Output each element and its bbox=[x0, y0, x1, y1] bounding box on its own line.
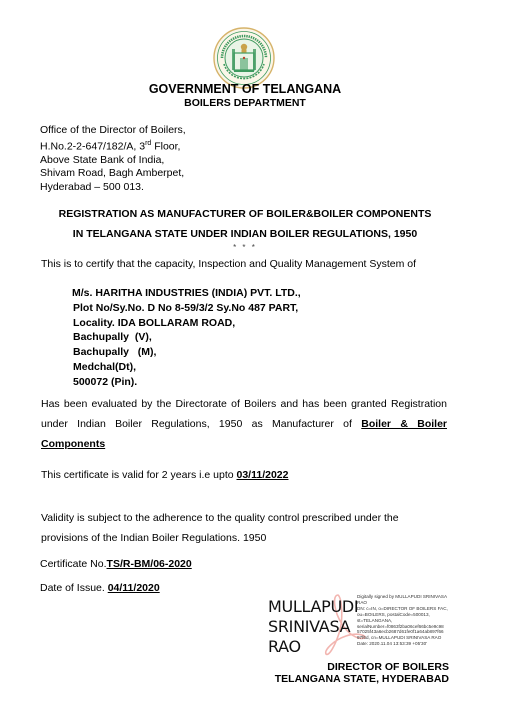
certificate-number: Certificate No.TS/R-BM/06-2020 bbox=[40, 558, 192, 570]
signatory-location: TELANGANA STATE, HYDERABAD bbox=[260, 673, 449, 685]
address-line: H.No.2-2-647/182/A, 3rd Floor, bbox=[40, 137, 186, 154]
company-address-line: Bachupally (M), bbox=[73, 345, 301, 360]
address-line: Hyderabad – 500 013. bbox=[40, 181, 186, 194]
address-line: Above State Bank of India, bbox=[40, 154, 186, 167]
validity-condition: Validity is subject to the adherence to … bbox=[41, 508, 441, 548]
certificate-title-line-1: REGISTRATION AS MANUFACTURER OF BOILER&B… bbox=[0, 208, 490, 220]
company-address-line: Plot No/Sy.No. D No 8-59/3/2 Sy.No 487 P… bbox=[73, 301, 301, 316]
government-heading: GOVERNMENT OF TELANGANA bbox=[0, 82, 490, 96]
date-of-issue-value: 04/11/2020 bbox=[108, 582, 160, 594]
evaluation-statement: Has been evaluated by the Directorate of… bbox=[41, 394, 447, 454]
digital-signature-name: MULLAPUDI SRINIVASA RAO bbox=[268, 597, 358, 657]
certificate-title-line-2: IN TELANGANA STATE UNDER INDIAN BOILER R… bbox=[0, 228, 490, 240]
signatory-block: DIRECTOR OF BOILERS TELANGANA STATE, HYD… bbox=[260, 661, 449, 685]
company-address-line: Medchal(Dt), bbox=[73, 360, 301, 375]
signatory-title: DIRECTOR OF BOILERS bbox=[260, 661, 449, 673]
address-line: Office of the Director of Boilers, bbox=[40, 124, 186, 137]
telangana-emblem-icon bbox=[213, 27, 275, 89]
validity-period: This certificate is valid for 2 years i.… bbox=[41, 469, 288, 481]
department-heading: BOILERS DEPARTMENT bbox=[0, 97, 490, 109]
company-address: M/s. HARITHA INDUSTRIES (INDIA) PVT. LTD… bbox=[73, 286, 301, 390]
certificate-number-value: TS/R-BM/06-2020 bbox=[107, 558, 192, 570]
valid-until-date: 03/11/2022 bbox=[237, 469, 289, 481]
office-address: Office of the Director of Boilers, H.No.… bbox=[40, 124, 186, 194]
certify-statement: This is to certify that the capacity, In… bbox=[41, 258, 416, 270]
title-separator: * * * bbox=[0, 243, 490, 252]
company-address-line: Locality. IDA BOLLARAM ROAD, bbox=[73, 316, 301, 331]
address-line: Shivam Road, Bagh Amberpet, bbox=[40, 167, 186, 180]
company-address-line: Bachupally (V), bbox=[73, 330, 301, 345]
digital-signature-details: Digitally signed by MULLAPUDI SRINIVASA … bbox=[357, 594, 448, 647]
company-address-line: 500072 (Pin). bbox=[73, 375, 301, 390]
company-name: M/s. HARITHA INDUSTRIES (INDIA) PVT. LTD… bbox=[72, 286, 301, 301]
date-of-issue: Date of Issue. 04/11/2020 bbox=[40, 582, 160, 594]
